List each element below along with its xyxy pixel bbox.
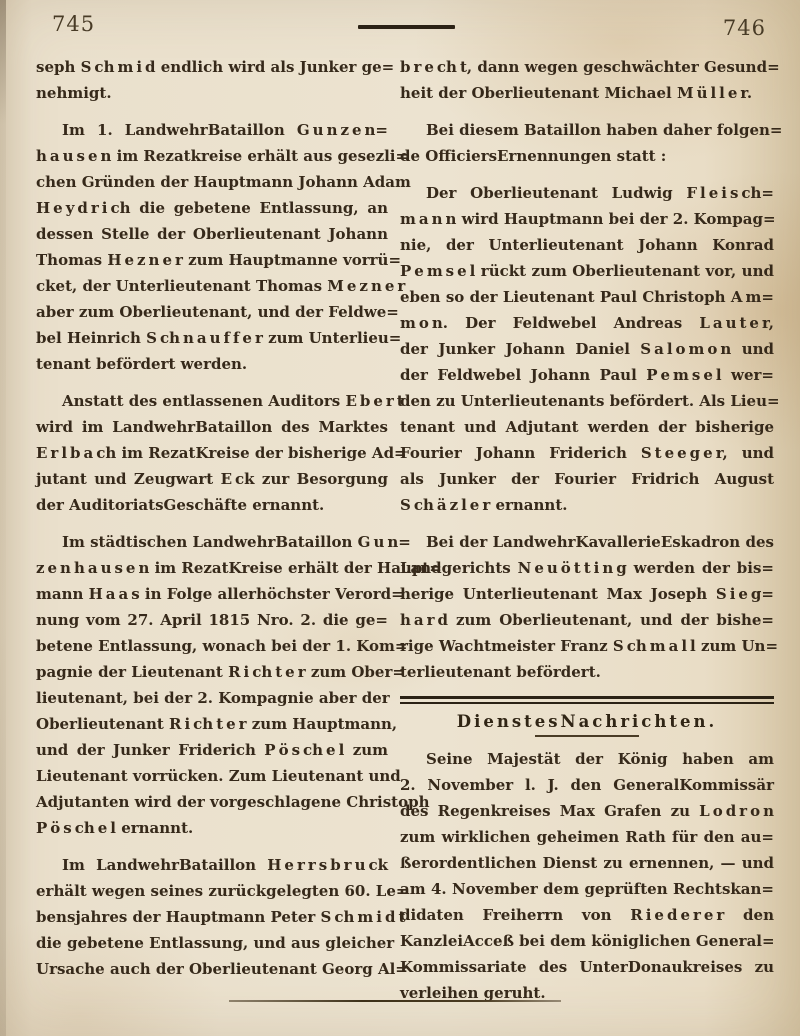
text-line: aber zum Oberlieutenant, und der Feldwe= <box>36 299 388 325</box>
text-line: die gebetene Entlassung, und aus gleiche… <box>36 930 388 956</box>
text-line: wird im LandwehrBataillon des Marktes <box>36 414 388 440</box>
header-center-rule <box>358 25 455 29</box>
section-heading: DienstesNachrichten. <box>400 710 774 734</box>
page-header: 745 746 <box>0 0 800 48</box>
text-line: heit der Oberlieutenant Michael M ü l l … <box>400 80 774 106</box>
text-line: rige Wachtmeister Franz S ch m a l l zum… <box>400 633 774 659</box>
two-column-body: seph S ch m i d endlich wird als Junker … <box>0 48 800 1006</box>
text-line: als Junker der Fourier Fridrich August <box>400 466 774 492</box>
text-line: h a u s e n im Rezatkreise erhält aus ge… <box>36 143 388 169</box>
text-line: nung vom 27. April 1815 Nro. 2. die ge= <box>36 607 388 633</box>
text-line: zum wirklichen geheimen Rath für den au= <box>400 824 774 850</box>
paragraph-ernennungen-intro: Bei diesem Bataillon haben daher folgen=… <box>400 117 774 169</box>
text-line: Bei der LandwehrKavallerieEskadron des <box>400 529 774 555</box>
text-line: Ursache auch der Oberlieutenant Georg Al… <box>36 956 388 982</box>
text-line: m o n. Der Feldwebel Andreas L a u t e r… <box>400 310 774 336</box>
text-line: der Feldwebel Johann Paul P e m s e l we… <box>400 362 774 388</box>
paragraph-gunzenhausen: Im 1. LandwehrBataillon G u n z e n=h a … <box>36 117 388 377</box>
text-line: Anstatt des entlassenen Auditors E b e r… <box>36 388 388 414</box>
text-line: nie, der Unterlieutenant Johann Konrad <box>400 232 774 258</box>
scanned-gazette-page: 745 746 seph S ch m i d endlich wird als… <box>0 0 800 1036</box>
paragraph-dienstesnachrichten: Seine Majestät der König haben am2. Nove… <box>400 746 774 1006</box>
text-line: erhält wegen seines zurückgelegten 60. L… <box>36 878 388 904</box>
text-line: seph S ch m i d endlich wird als Junker … <box>36 54 388 80</box>
text-line: den zu Unterlieutenants befördert. Als L… <box>400 388 774 414</box>
text-line: bel Heinrich S ch n a u f f e r zum Unte… <box>36 325 388 351</box>
text-line: KanzleiAcceß bei dem königlichen General… <box>400 928 774 954</box>
text-line: Bei diesem Bataillon haben daher folgen= <box>400 117 774 143</box>
right-column: b r e ch t, dann wegen geschwächter Gesu… <box>400 54 774 1006</box>
text-line: H e y d r i ch die gebetene Entlassung, … <box>36 195 388 221</box>
text-line: ßerordentlichen Dienst zu ernennen, — un… <box>400 850 774 876</box>
text-line: m a n n wird Hauptmann bei der 2. Kompag… <box>400 206 774 232</box>
text-line: bensjahres der Hauptmann Peter S ch m i … <box>36 904 388 930</box>
text-line: S ch ä z l e r ernannt. <box>400 492 774 518</box>
section-heading-underline <box>535 735 639 737</box>
text-line: Landgerichts N e u ö t t i n g werden de… <box>400 555 774 581</box>
text-line: herige Unterlieutenant Max Joseph S i e … <box>400 581 774 607</box>
text-line: Adjutanten wird der vorgeschlagene Chris… <box>36 789 388 815</box>
text-line: pagnie der Lieutenant R i ch t e r zum O… <box>36 659 388 685</box>
text-line: betene Entlassung, wonach bei der 1. Kom… <box>36 633 388 659</box>
text-line: Fourier Johann Friderich S t e e g e r, … <box>400 440 774 466</box>
text-line: Im LandwehrBataillon H e r r s b r u ck <box>36 852 388 878</box>
text-line: nehmigt. <box>36 80 388 106</box>
text-line: und der Junker Friderich P ö s ch e l zu… <box>36 737 388 763</box>
text-line: Im 1. LandwehrBataillon G u n z e n= <box>36 117 388 143</box>
paragraph-staedtisches-bataillon: Im städtischen LandwehrBataillon G u n=z… <box>36 529 388 841</box>
text-line: P e m s e l rückt zum Oberlieutenant vor… <box>400 258 774 284</box>
text-line: tenant befördert werden. <box>36 351 388 377</box>
footer-rule <box>229 1000 561 1002</box>
text-line: lieutenant, bei der 2. Kompagnie aber de… <box>36 685 388 711</box>
text-line: de OfficiersErnennungen statt : <box>400 143 774 169</box>
page-number-right: 746 <box>723 16 766 40</box>
text-line: am 4. November dem geprüften Rechtskan= <box>400 876 774 902</box>
section-divider-double-rule <box>400 696 774 704</box>
text-line: Seine Majestät der König haben am <box>400 746 774 772</box>
text-line: P ö s ch e l ernannt. <box>36 815 388 841</box>
text-line: b r e ch t, dann wegen geschwächter Gesu… <box>400 54 774 80</box>
paragraph-continuation: b r e ch t, dann wegen geschwächter Gesu… <box>400 54 774 106</box>
text-line: dessen Stelle der Oberlieutenant Johann <box>36 221 388 247</box>
text-line: verleihen geruht. <box>400 980 774 1006</box>
text-line: Im städtischen LandwehrBataillon G u n= <box>36 529 388 555</box>
text-line: chen Gründen der Hauptmann Johann Adam <box>36 169 388 195</box>
text-line: cket, der Unterlieutenant Thomas M e z n… <box>36 273 388 299</box>
text-line: h a r d zum Oberlieutenant, und der bish… <box>400 607 774 633</box>
paragraph-auditor-ebert: Anstatt des entlassenen Auditors E b e r… <box>36 388 388 518</box>
left-column: seph S ch m i d endlich wird als Junker … <box>36 54 388 1006</box>
page-number-left: 745 <box>52 12 95 36</box>
text-line: 2. November l. J. den GeneralKommissär <box>400 772 774 798</box>
text-line: Thomas H e z n e r zum Hauptmanne vorrü= <box>36 247 388 273</box>
text-line: terlieutenant befördert. <box>400 659 774 685</box>
paragraph-neuoetting: Bei der LandwehrKavallerieEskadron desLa… <box>400 529 774 685</box>
paragraph-continuation: seph S ch m i d endlich wird als Junker … <box>36 54 388 106</box>
text-line: Kommissariate des UnterDonaukreises zu <box>400 954 774 980</box>
text-line: des Regenkreises Max Grafen zu L o d r o… <box>400 798 774 824</box>
text-line: mann H a a s in Folge allerhöchster Vero… <box>36 581 388 607</box>
text-line: z e n h a u s e n im RezatKreise erhält … <box>36 555 388 581</box>
paragraph-herrsbruck: Im LandwehrBataillon H e r r s b r u cke… <box>36 852 388 982</box>
text-line: Lieutenant vorrücken. Zum Lieutenant und <box>36 763 388 789</box>
text-line: Der Oberlieutenant Ludwig F l e i s ch= <box>400 180 774 206</box>
text-line: didaten Freiherrn von R i e d e r e r de… <box>400 902 774 928</box>
text-line: jutant und Zeugwart E ck zur Besorgung <box>36 466 388 492</box>
text-line: eben so der Lieutenant Paul Christoph A … <box>400 284 774 310</box>
text-line: der AuditoriatsGeschäfte ernannt. <box>36 492 388 518</box>
text-line: E r l b a ch im RezatKreise der bisherig… <box>36 440 388 466</box>
text-line: tenant und Adjutant werden der bisherige <box>400 414 774 440</box>
paragraph-fleischmann: Der Oberlieutenant Ludwig F l e i s ch=m… <box>400 180 774 518</box>
text-line: Oberlieutenant R i ch t e r zum Hauptman… <box>36 711 388 737</box>
text-line: der Junker Johann Daniel S a l o m o n u… <box>400 336 774 362</box>
